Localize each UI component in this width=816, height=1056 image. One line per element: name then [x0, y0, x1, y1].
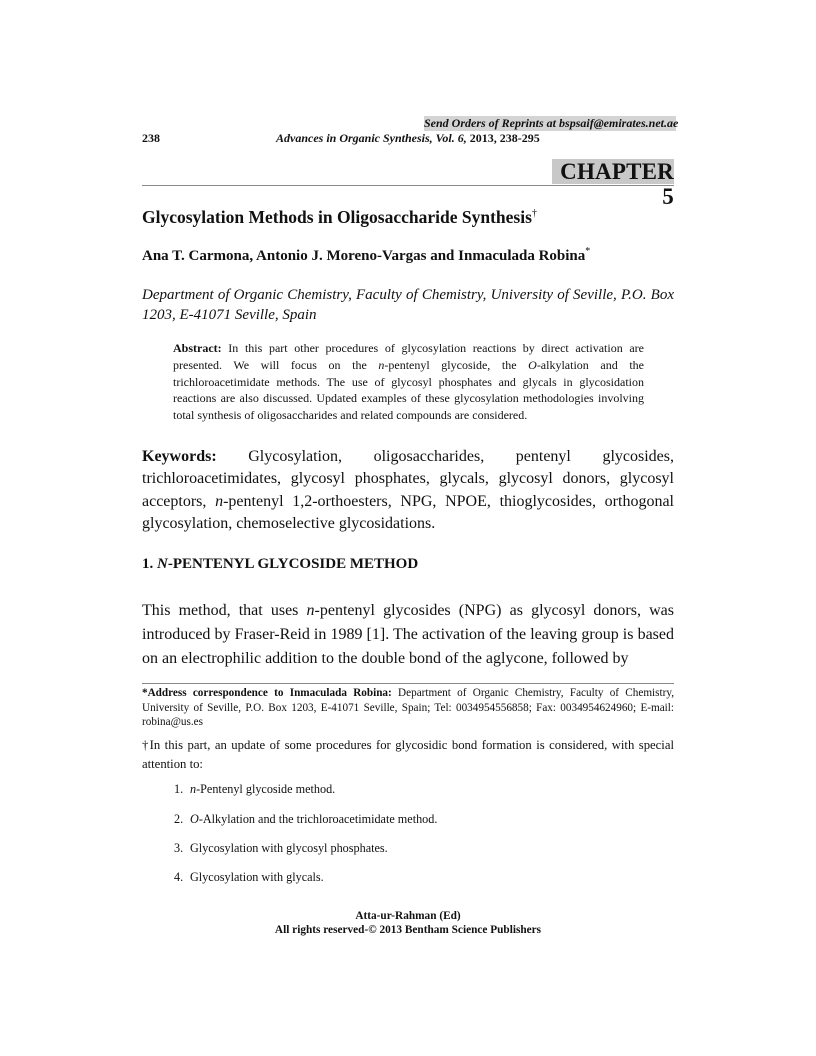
- abstract: Abstract: In this part other procedures …: [173, 340, 644, 424]
- keywords: Keywords: Glycosylation, oligosaccharide…: [142, 446, 674, 535]
- list-number: 1.: [174, 782, 183, 797]
- abstract-label: Abstract:: [173, 341, 222, 355]
- article-title: Glycosylation Methods in Oligosaccharide…: [142, 207, 537, 228]
- editor-line: Atta-ur-Rahman (Ed): [142, 910, 674, 924]
- journal-citation: Advances in Organic Synthesis, Vol. 6, 2…: [276, 131, 540, 146]
- corresponding-author-mark: *: [585, 246, 590, 257]
- keywords-text: Glycosylation, oligosaccharides, penteny…: [142, 448, 674, 532]
- list-text: Glycosylation with glycosyl phosphates.: [190, 841, 388, 856]
- keywords-label: Keywords:: [142, 448, 217, 465]
- author-list: Ana T. Carmona, Antonio J. Moreno-Vargas…: [142, 246, 590, 265]
- footnote-divider: [142, 683, 674, 684]
- list-text: n-Pentenyl glycoside method.: [190, 782, 335, 797]
- journal-details: 2013, 238-295: [467, 131, 540, 145]
- affiliation: Department of Organic Chemistry, Faculty…: [142, 285, 674, 325]
- title-footnote-mark: †: [532, 208, 537, 219]
- page-number: 238: [142, 131, 160, 146]
- rights-line: All rights reserved-© 2013 Bentham Scien…: [142, 924, 674, 938]
- abstract-text: In this part other procedures of glycosy…: [173, 341, 644, 422]
- list-number: 2.: [174, 812, 183, 827]
- dagger-footnote: †In this part, an update of some procedu…: [142, 736, 674, 774]
- article-title-text: Glycosylation Methods in Oligosaccharide…: [142, 207, 532, 227]
- publisher-info: Atta-ur-Rahman (Ed) All rights reserved-…: [142, 910, 674, 937]
- chapter-label: CHAPTER 5: [552, 159, 674, 184]
- list-number: 3.: [174, 841, 183, 856]
- reprint-notice: Send Orders of Reprints at bspsaif@emira…: [424, 116, 676, 131]
- journal-title: Advances in Organic Synthesis, Vol. 6,: [276, 131, 467, 145]
- list-text: O-Alkylation and the trichloroacetimidat…: [190, 812, 437, 827]
- correspondence-label: *Address correspondence to Inmaculada Ro…: [142, 687, 392, 699]
- section-heading: 1. N-PENTENYL GLYCOSIDE METHOD: [142, 556, 418, 573]
- list-number: 4.: [174, 870, 183, 885]
- correspondence-footnote: *Address correspondence to Inmaculada Ro…: [142, 686, 674, 730]
- body-paragraph: This method, that uses n-pentenyl glycos…: [142, 599, 674, 671]
- header-divider: [142, 185, 674, 186]
- list-text: Glycosylation with glycals.: [190, 870, 324, 885]
- authors-text: Ana T. Carmona, Antonio J. Moreno-Vargas…: [142, 248, 585, 264]
